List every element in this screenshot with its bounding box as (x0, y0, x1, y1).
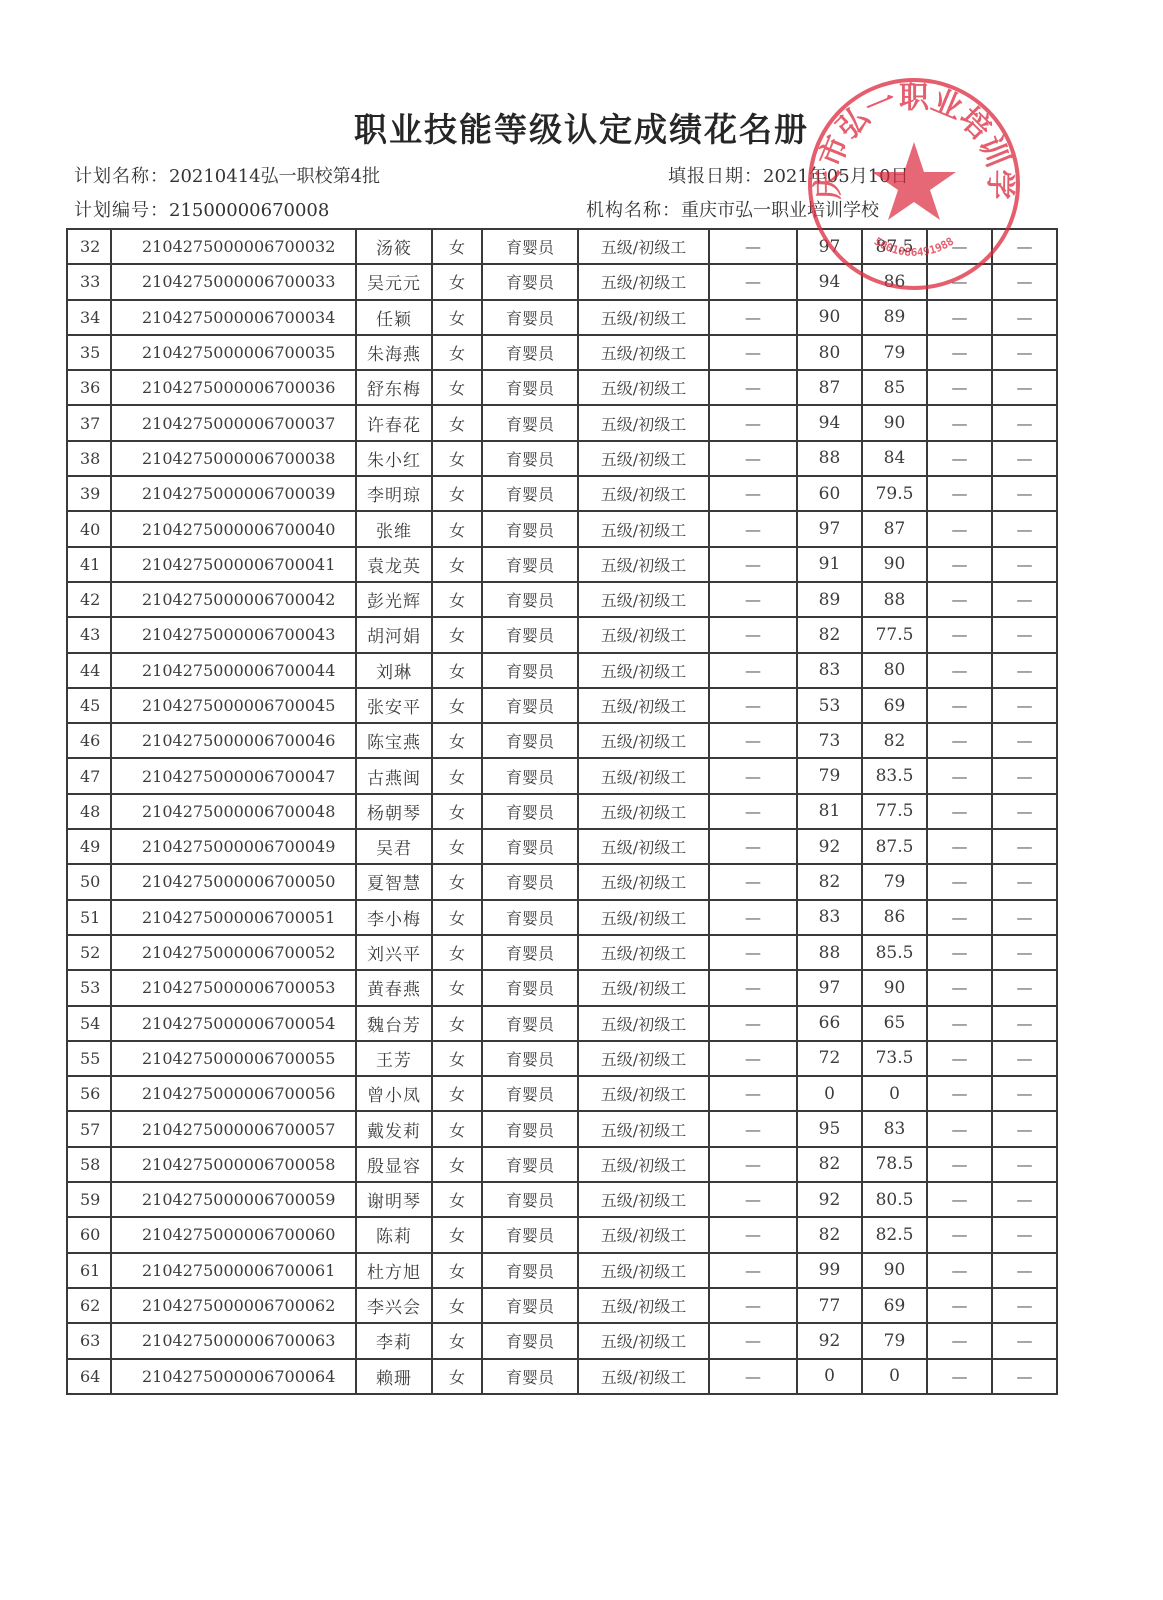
gender: 女 (432, 723, 482, 758)
col-placeholder-4: — (927, 653, 992, 688)
gender: 女 (432, 935, 482, 970)
candidate-name: 杜方旭 (356, 1253, 432, 1288)
skill-score: 73.5 (862, 1041, 927, 1076)
skill-level: 五级/初级工 (578, 1041, 709, 1076)
table-row: 492104275000006700049吴君女育婴员五级/初级工—9287.5… (67, 829, 1057, 864)
occupation: 育婴员 (482, 1288, 578, 1323)
skill-score: 69 (862, 1288, 927, 1323)
gender: 女 (432, 1006, 482, 1041)
row-number: 57 (67, 1111, 111, 1146)
col-placeholder-1: — (709, 935, 797, 970)
col-placeholder-4: — (927, 829, 992, 864)
table-row: 352104275000006700035朱海燕女育婴员五级/初级工—8079—… (67, 335, 1057, 370)
candidate-name: 杨朝琴 (356, 794, 432, 829)
col-placeholder-4: — (927, 758, 992, 793)
table-row: 412104275000006700041袁龙英女育婴员五级/初级工—9190—… (67, 547, 1057, 582)
skill-score: 90 (862, 405, 927, 440)
gender: 女 (432, 1253, 482, 1288)
occupation: 育婴员 (482, 1253, 578, 1288)
col-placeholder-4: — (927, 1359, 992, 1394)
candidate-name: 张安平 (356, 688, 432, 723)
skill-level: 五级/初级工 (578, 794, 709, 829)
table-row: 382104275000006700038朱小红女育婴员五级/初级工—8884—… (67, 441, 1057, 476)
theory-score: 89 (797, 582, 862, 617)
occupation: 育婴员 (482, 229, 578, 264)
row-number: 46 (67, 723, 111, 758)
skill-score: 77.5 (862, 794, 927, 829)
col-placeholder-4: — (927, 1111, 992, 1146)
skill-level: 五级/初级工 (578, 1147, 709, 1182)
row-number: 60 (67, 1217, 111, 1252)
occupation: 育婴员 (482, 864, 578, 899)
table-row: 552104275000006700055王芳女育婴员五级/初级工—7273.5… (67, 1041, 1057, 1076)
col-placeholder-4: — (927, 582, 992, 617)
row-number: 47 (67, 758, 111, 793)
theory-score: 83 (797, 653, 862, 688)
col-placeholder-5: — (992, 229, 1057, 264)
row-number: 53 (67, 970, 111, 1005)
candidate-name: 许春花 (356, 405, 432, 440)
certificate-id: 2104275000006700041 (111, 547, 356, 582)
skill-score: 79 (862, 1323, 927, 1358)
certificate-id: 2104275000006700062 (111, 1288, 356, 1323)
col-placeholder-4: — (927, 970, 992, 1005)
gender: 女 (432, 1111, 482, 1146)
certificate-id: 2104275000006700055 (111, 1041, 356, 1076)
skill-level: 五级/初级工 (578, 1076, 709, 1111)
candidate-name: 汤筱 (356, 229, 432, 264)
candidate-name: 黄春燕 (356, 970, 432, 1005)
certificate-id: 2104275000006700032 (111, 229, 356, 264)
table-row: 562104275000006700056曾小凤女育婴员五级/初级工—00—— (67, 1076, 1057, 1111)
certificate-id: 2104275000006700058 (111, 1147, 356, 1182)
table-row: 342104275000006700034任颖女育婴员五级/初级工—9089—— (67, 300, 1057, 335)
row-number: 44 (67, 653, 111, 688)
row-number: 52 (67, 935, 111, 970)
occupation: 育婴员 (482, 900, 578, 935)
occupation: 育婴员 (482, 1182, 578, 1217)
table-row: 532104275000006700053黄春燕女育婴员五级/初级工—9790—… (67, 970, 1057, 1005)
document-title: 职业技能等级认定成绩花名册 (0, 104, 1163, 151)
row-number: 38 (67, 441, 111, 476)
col-placeholder-5: — (992, 405, 1057, 440)
theory-score: 82 (797, 1147, 862, 1182)
certificate-id: 2104275000006700047 (111, 758, 356, 793)
skill-score: 80 (862, 653, 927, 688)
col-placeholder-4: — (927, 864, 992, 899)
roster-document: 职业技能等级认定成绩花名册 计划名称：20210414弘一职校第4批 计划编号：… (0, 0, 1163, 1600)
skill-score: 80.5 (862, 1182, 927, 1217)
gender: 女 (432, 864, 482, 899)
col-placeholder-4: — (927, 1253, 992, 1288)
candidate-name: 任颖 (356, 300, 432, 335)
candidate-name: 舒东梅 (356, 370, 432, 405)
skill-score: 90 (862, 970, 927, 1005)
certificate-id: 2104275000006700045 (111, 688, 356, 723)
skill-score: 85.5 (862, 935, 927, 970)
gender: 女 (432, 653, 482, 688)
certificate-id: 2104275000006700040 (111, 511, 356, 546)
skill-level: 五级/初级工 (578, 617, 709, 652)
fill-date-label: 填报日期： (668, 166, 763, 187)
plan-name-label: 计划名称： (74, 166, 169, 187)
occupation: 育婴员 (482, 405, 578, 440)
col-placeholder-4: — (927, 1076, 992, 1111)
occupation: 育婴员 (482, 617, 578, 652)
col-placeholder-4: — (927, 511, 992, 546)
table-row: 522104275000006700052刘兴平女育婴员五级/初级工—8885.… (67, 935, 1057, 970)
col-placeholder-5: — (992, 723, 1057, 758)
col-placeholder-5: — (992, 1006, 1057, 1041)
theory-score: 73 (797, 723, 862, 758)
gender: 女 (432, 794, 482, 829)
occupation: 育婴员 (482, 547, 578, 582)
plan-name-value: 20210414弘一职校第4批 (169, 166, 380, 187)
col-placeholder-4: — (927, 1147, 992, 1182)
candidate-name: 刘兴平 (356, 935, 432, 970)
gender: 女 (432, 335, 482, 370)
candidate-name: 朱小红 (356, 441, 432, 476)
row-number: 35 (67, 335, 111, 370)
score-roster-table: 322104275000006700032汤筱女育婴员五级/初级工—9787.5… (66, 228, 1058, 1395)
table-row: 632104275000006700063李莉女育婴员五级/初级工—9279—— (67, 1323, 1057, 1358)
col-placeholder-4: — (927, 1323, 992, 1358)
occupation: 育婴员 (482, 370, 578, 405)
col-placeholder-1: — (709, 1359, 797, 1394)
row-number: 37 (67, 405, 111, 440)
theory-score: 92 (797, 1323, 862, 1358)
table-row: 452104275000006700045张安平女育婴员五级/初级工—5369—… (67, 688, 1057, 723)
skill-level: 五级/初级工 (578, 935, 709, 970)
col-placeholder-5: — (992, 1323, 1057, 1358)
skill-score: 82.5 (862, 1217, 927, 1252)
candidate-name: 陈宝燕 (356, 723, 432, 758)
row-number: 33 (67, 264, 111, 299)
occupation: 育婴员 (482, 758, 578, 793)
col-placeholder-4: — (927, 900, 992, 935)
skill-level: 五级/初级工 (578, 653, 709, 688)
col-placeholder-5: — (992, 794, 1057, 829)
col-placeholder-4: — (927, 617, 992, 652)
candidate-name: 古燕闽 (356, 758, 432, 793)
skill-score: 79 (862, 864, 927, 899)
col-placeholder-1: — (709, 1041, 797, 1076)
gender: 女 (432, 511, 482, 546)
col-placeholder-5: — (992, 900, 1057, 935)
col-placeholder-4: — (927, 405, 992, 440)
plan-name-line: 计划名称：20210414弘一职校第4批 (74, 162, 380, 188)
certificate-id: 2104275000006700034 (111, 300, 356, 335)
col-placeholder-4: — (927, 1217, 992, 1252)
col-placeholder-1: — (709, 1111, 797, 1146)
skill-score: 82 (862, 723, 927, 758)
gender: 女 (432, 900, 482, 935)
skill-level: 五级/初级工 (578, 300, 709, 335)
fill-date-value: 2021年05月10日 (763, 166, 909, 187)
plan-code-line: 计划编号：21500000670008 (74, 196, 329, 222)
col-placeholder-1: — (709, 900, 797, 935)
occupation: 育婴员 (482, 1076, 578, 1111)
skill-score: 0 (862, 1076, 927, 1111)
candidate-name: 李明琼 (356, 476, 432, 511)
skill-score: 87.5 (862, 229, 927, 264)
certificate-id: 2104275000006700037 (111, 405, 356, 440)
col-placeholder-1: — (709, 441, 797, 476)
col-placeholder-1: — (709, 1323, 797, 1358)
col-placeholder-4: — (927, 794, 992, 829)
col-placeholder-4: — (927, 476, 992, 511)
occupation: 育婴员 (482, 970, 578, 1005)
candidate-name: 刘琳 (356, 653, 432, 688)
skill-score: 90 (862, 547, 927, 582)
skill-level: 五级/初级工 (578, 1217, 709, 1252)
skill-level: 五级/初级工 (578, 441, 709, 476)
theory-score: 88 (797, 935, 862, 970)
skill-level: 五级/初级工 (578, 476, 709, 511)
skill-level: 五级/初级工 (578, 229, 709, 264)
col-placeholder-5: — (992, 617, 1057, 652)
col-placeholder-5: — (992, 1147, 1057, 1182)
col-placeholder-4: — (927, 1041, 992, 1076)
skill-score: 69 (862, 688, 927, 723)
skill-level: 五级/初级工 (578, 1288, 709, 1323)
occupation: 育婴员 (482, 1217, 578, 1252)
skill-level: 五级/初级工 (578, 582, 709, 617)
col-placeholder-1: — (709, 1076, 797, 1111)
certificate-id: 2104275000006700056 (111, 1076, 356, 1111)
gender: 女 (432, 688, 482, 723)
skill-score: 89 (862, 300, 927, 335)
skill-score: 87 (862, 511, 927, 546)
theory-score: 82 (797, 864, 862, 899)
skill-level: 五级/初级工 (578, 900, 709, 935)
occupation: 育婴员 (482, 1111, 578, 1146)
occupation: 育婴员 (482, 264, 578, 299)
certificate-id: 2104275000006700042 (111, 582, 356, 617)
skill-score: 79 (862, 335, 927, 370)
candidate-name: 夏智慧 (356, 864, 432, 899)
col-placeholder-5: — (992, 1041, 1057, 1076)
org-name-line: 机构名称：重庆市弘一职业培训学校 (586, 196, 879, 222)
theory-score: 80 (797, 335, 862, 370)
candidate-name: 李小梅 (356, 900, 432, 935)
theory-score: 82 (797, 1217, 862, 1252)
skill-score: 79.5 (862, 476, 927, 511)
theory-score: 99 (797, 1253, 862, 1288)
gender: 女 (432, 300, 482, 335)
row-number: 32 (67, 229, 111, 264)
col-placeholder-5: — (992, 758, 1057, 793)
plan-code-value: 21500000670008 (169, 200, 329, 221)
col-placeholder-4: — (927, 300, 992, 335)
certificate-id: 2104275000006700063 (111, 1323, 356, 1358)
col-placeholder-1: — (709, 1182, 797, 1217)
candidate-name: 吴君 (356, 829, 432, 864)
row-number: 50 (67, 864, 111, 899)
theory-score: 91 (797, 547, 862, 582)
col-placeholder-5: — (992, 264, 1057, 299)
row-number: 49 (67, 829, 111, 864)
certificate-id: 2104275000006700057 (111, 1111, 356, 1146)
col-placeholder-4: — (927, 1288, 992, 1323)
plan-code-label: 计划编号： (74, 200, 169, 221)
col-placeholder-1: — (709, 688, 797, 723)
skill-score: 87.5 (862, 829, 927, 864)
col-placeholder-1: — (709, 229, 797, 264)
occupation: 育婴员 (482, 653, 578, 688)
certificate-id: 2104275000006700035 (111, 335, 356, 370)
gender: 女 (432, 758, 482, 793)
candidate-name: 王芳 (356, 1041, 432, 1076)
skill-level: 五级/初级工 (578, 1323, 709, 1358)
theory-score: 82 (797, 617, 862, 652)
candidate-name: 殷显容 (356, 1147, 432, 1182)
col-placeholder-1: — (709, 1006, 797, 1041)
occupation: 育婴员 (482, 829, 578, 864)
col-placeholder-1: — (709, 264, 797, 299)
skill-score: 78.5 (862, 1147, 927, 1182)
org-name-value: 重庆市弘一职业培训学校 (681, 200, 879, 221)
row-number: 58 (67, 1147, 111, 1182)
row-number: 64 (67, 1359, 111, 1394)
occupation: 育婴员 (482, 582, 578, 617)
row-number: 61 (67, 1253, 111, 1288)
row-number: 59 (67, 1182, 111, 1217)
col-placeholder-5: — (992, 1182, 1057, 1217)
skill-score: 0 (862, 1359, 927, 1394)
theory-score: 60 (797, 476, 862, 511)
skill-score: 77.5 (862, 617, 927, 652)
row-number: 56 (67, 1076, 111, 1111)
certificate-id: 2104275000006700059 (111, 1182, 356, 1217)
occupation: 育婴员 (482, 511, 578, 546)
row-number: 54 (67, 1006, 111, 1041)
theory-score: 0 (797, 1076, 862, 1111)
skill-score: 65 (862, 1006, 927, 1041)
certificate-id: 2104275000006700044 (111, 653, 356, 688)
theory-score: 94 (797, 405, 862, 440)
skill-score: 86 (862, 900, 927, 935)
gender: 女 (432, 370, 482, 405)
certificate-id: 2104275000006700033 (111, 264, 356, 299)
gender: 女 (432, 1076, 482, 1111)
gender: 女 (432, 617, 482, 652)
occupation: 育婴员 (482, 1041, 578, 1076)
col-placeholder-1: — (709, 970, 797, 1005)
gender: 女 (432, 476, 482, 511)
row-number: 62 (67, 1288, 111, 1323)
occupation: 育婴员 (482, 441, 578, 476)
col-placeholder-1: — (709, 1288, 797, 1323)
col-placeholder-1: — (709, 405, 797, 440)
col-placeholder-5: — (992, 370, 1057, 405)
occupation: 育婴员 (482, 935, 578, 970)
candidate-name: 李兴会 (356, 1288, 432, 1323)
certificate-id: 2104275000006700061 (111, 1253, 356, 1288)
skill-score: 90 (862, 1253, 927, 1288)
gender: 女 (432, 441, 482, 476)
col-placeholder-1: — (709, 758, 797, 793)
table-row: 482104275000006700048杨朝琴女育婴员五级/初级工—8177.… (67, 794, 1057, 829)
skill-level: 五级/初级工 (578, 970, 709, 1005)
col-placeholder-4: — (927, 441, 992, 476)
candidate-name: 戴发莉 (356, 1111, 432, 1146)
candidate-name: 张维 (356, 511, 432, 546)
table-row: 502104275000006700050夏智慧女育婴员五级/初级工—8279—… (67, 864, 1057, 899)
skill-score: 83 (862, 1111, 927, 1146)
col-placeholder-4: — (927, 229, 992, 264)
candidate-name: 曾小凤 (356, 1076, 432, 1111)
theory-score: 90 (797, 300, 862, 335)
table-row: 642104275000006700064赖珊女育婴员五级/初级工—00—— (67, 1359, 1057, 1394)
col-placeholder-5: — (992, 829, 1057, 864)
skill-level: 五级/初级工 (578, 758, 709, 793)
certificate-id: 2104275000006700051 (111, 900, 356, 935)
col-placeholder-5: — (992, 688, 1057, 723)
col-placeholder-4: — (927, 935, 992, 970)
occupation: 育婴员 (482, 1006, 578, 1041)
row-number: 40 (67, 511, 111, 546)
certificate-id: 2104275000006700060 (111, 1217, 356, 1252)
table-row: 622104275000006700062李兴会女育婴员五级/初级工—7769—… (67, 1288, 1057, 1323)
candidate-name: 彭光辉 (356, 582, 432, 617)
gender: 女 (432, 1147, 482, 1182)
certificate-id: 2104275000006700048 (111, 794, 356, 829)
row-number: 42 (67, 582, 111, 617)
table-row: 372104275000006700037许春花女育婴员五级/初级工—9490—… (67, 405, 1057, 440)
candidate-name: 袁龙英 (356, 547, 432, 582)
table-row: 402104275000006700040张维女育婴员五级/初级工—9787—— (67, 511, 1057, 546)
candidate-name: 胡河娟 (356, 617, 432, 652)
certificate-id: 2104275000006700050 (111, 864, 356, 899)
certificate-id: 2104275000006700053 (111, 970, 356, 1005)
row-number: 51 (67, 900, 111, 935)
col-placeholder-4: — (927, 688, 992, 723)
theory-score: 87 (797, 370, 862, 405)
gender: 女 (432, 547, 482, 582)
table-row: 362104275000006700036舒东梅女育婴员五级/初级工—8785—… (67, 370, 1057, 405)
theory-score: 95 (797, 1111, 862, 1146)
table-row: 442104275000006700044刘琳女育婴员五级/初级工—8380—— (67, 653, 1057, 688)
col-placeholder-1: — (709, 476, 797, 511)
skill-level: 五级/初级工 (578, 1359, 709, 1394)
col-placeholder-4: — (927, 370, 992, 405)
col-placeholder-1: — (709, 335, 797, 370)
row-number: 34 (67, 300, 111, 335)
skill-level: 五级/初级工 (578, 335, 709, 370)
row-number: 36 (67, 370, 111, 405)
candidate-name: 吴元元 (356, 264, 432, 299)
occupation: 育婴员 (482, 1147, 578, 1182)
col-placeholder-5: — (992, 935, 1057, 970)
col-placeholder-1: — (709, 617, 797, 652)
theory-score: 97 (797, 970, 862, 1005)
certificate-id: 2104275000006700054 (111, 1006, 356, 1041)
theory-score: 53 (797, 688, 862, 723)
occupation: 育婴员 (482, 335, 578, 370)
table-row: 592104275000006700059谢明琴女育婴员五级/初级工—9280.… (67, 1182, 1057, 1217)
table-row: 432104275000006700043胡河娟女育婴员五级/初级工—8277.… (67, 617, 1057, 652)
col-placeholder-5: — (992, 1076, 1057, 1111)
skill-score: 84 (862, 441, 927, 476)
col-placeholder-1: — (709, 864, 797, 899)
row-number: 48 (67, 794, 111, 829)
certificate-id: 2104275000006700039 (111, 476, 356, 511)
col-placeholder-5: — (992, 1288, 1057, 1323)
col-placeholder-5: — (992, 335, 1057, 370)
table-row: 462104275000006700046陈宝燕女育婴员五级/初级工—7382—… (67, 723, 1057, 758)
table-row: 612104275000006700061杜方旭女育婴员五级/初级工—9990—… (67, 1253, 1057, 1288)
